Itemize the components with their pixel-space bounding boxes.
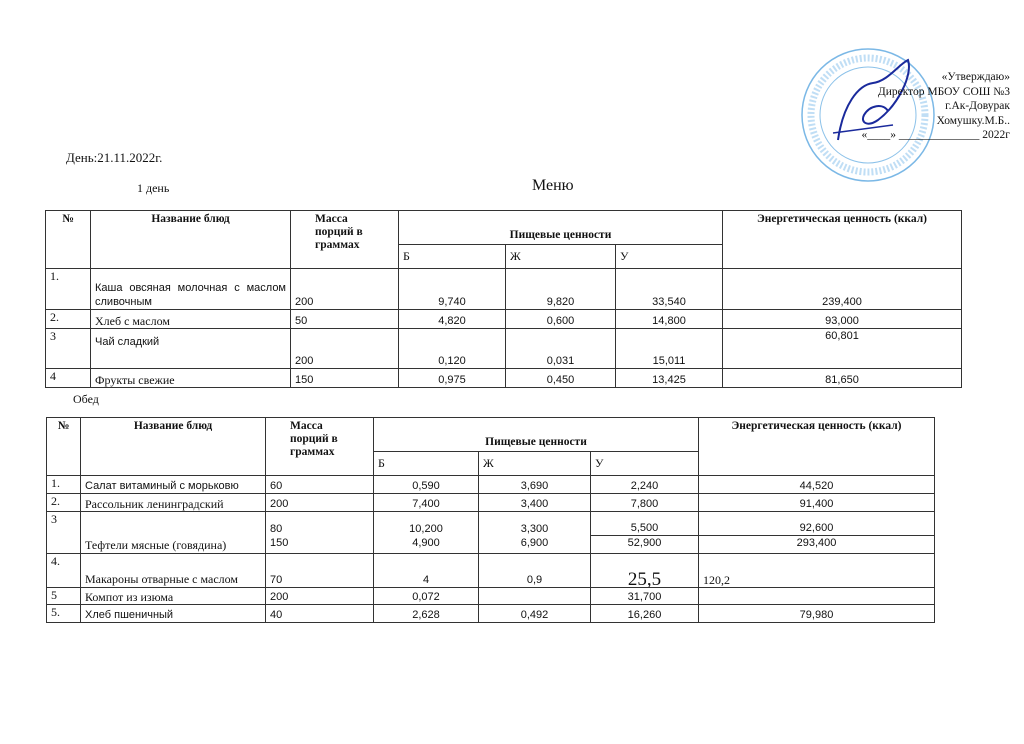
col-carbs-header: У (591, 452, 699, 476)
approval-line: «Утверждаю» (800, 70, 1010, 85)
protein-value: 0,120 (399, 329, 506, 369)
row-num: 2. (46, 310, 91, 329)
carbs-value: 14,800 (616, 310, 723, 329)
carbs-value: 13,425 (616, 369, 723, 388)
dish-name: Фрукты свежие (91, 369, 291, 388)
energy-value: 120,2 (699, 554, 935, 588)
carbs-value: 15,011 (616, 329, 723, 369)
dish-mass: 150 (291, 369, 399, 388)
fat-value: 3,300 (479, 512, 591, 536)
dish-name: Рассольник ленинградский (81, 494, 266, 512)
energy-value: 44,520 (699, 476, 935, 494)
dish-mass: 40 (266, 605, 374, 623)
table-row: 3 Чай сладкий 200 0,120 0,031 15,011 60,… (46, 329, 962, 369)
row-num: 2. (47, 494, 81, 512)
dish-mass: 60 (266, 476, 374, 494)
approval-line: г.Ак-Довурак (800, 99, 1010, 114)
carbs-value: 31,700 (591, 588, 699, 605)
approval-line: Директор МБОУ СОШ №3 (800, 85, 1010, 100)
dish-name: Хлеб с маслом (91, 310, 291, 329)
dish-name: Макароны отварные с маслом (81, 554, 266, 588)
approval-line: «____» ______________ 2022г (800, 128, 1010, 143)
protein-value: 10,200 (374, 512, 479, 536)
row-num: 5. (47, 605, 81, 623)
fat-value: 0,450 (506, 369, 616, 388)
fat-value: 6,900 (479, 536, 591, 554)
fat-value: 0,600 (506, 310, 616, 329)
dish-mass: 200 (291, 329, 399, 369)
dish-name: Каша овсяная молочная с маслом сливочным (91, 269, 291, 310)
fat-value: 0,031 (506, 329, 616, 369)
fat-value: 3,690 (479, 476, 591, 494)
col-fat-header: Ж (479, 452, 591, 476)
breakfast-table: № Название блюд Масса порций в граммах П… (45, 210, 962, 388)
dish-mass: 80 (266, 512, 374, 536)
col-mass-header: Масса порций в граммах (266, 418, 374, 476)
col-mass-header: Масса порций в граммах (291, 211, 399, 269)
col-num-header: № (46, 211, 91, 269)
carbs-value: 2,240 (591, 476, 699, 494)
row-num: 4 (46, 369, 91, 388)
lunch-label: Обед (73, 392, 99, 407)
protein-value: 4,820 (399, 310, 506, 329)
protein-value: 0,975 (399, 369, 506, 388)
table-row: 5. Хлеб пшеничный 40 2,628 0,492 16,260 … (47, 605, 935, 623)
approval-block: «Утверждаю» Директор МБОУ СОШ №3 г.Ак-До… (800, 70, 1010, 143)
col-carbs-header: У (616, 245, 723, 269)
energy-value: 92,600 (699, 512, 935, 536)
dish-name: Компот из изюма (81, 588, 266, 605)
dish-mass: 50 (291, 310, 399, 329)
col-nutrition-header: Пищевые ценности (374, 418, 699, 452)
row-num: 3 (46, 329, 91, 369)
dish-name: Чай сладкий (91, 329, 291, 369)
fat-value (479, 588, 591, 605)
carbs-value: 25,5 (591, 554, 699, 588)
row-num: 4. (47, 554, 81, 588)
col-num-header: № (47, 418, 81, 476)
energy-value: 60,801 (723, 329, 962, 369)
energy-value (699, 588, 935, 605)
table-row: 2. Рассольник ленинградский 200 7,400 3,… (47, 494, 935, 512)
dish-name: Тефтели мясные (говядина) (81, 512, 266, 554)
table-row: 4. Макароны отварные с маслом 70 4 0,9 2… (47, 554, 935, 588)
dish-mass: 150 (266, 536, 374, 554)
protein-value: 7,400 (374, 494, 479, 512)
col-name-header: Название блюд (81, 418, 266, 476)
protein-value: 0,072 (374, 588, 479, 605)
lunch-table: № Название блюд Масса порций в граммах П… (46, 417, 935, 623)
day-label: 1 день (137, 181, 169, 196)
row-num: 1. (46, 269, 91, 310)
row-num: 5 (47, 588, 81, 605)
table-row: 1. Каша овсяная молочная с маслом сливоч… (46, 269, 962, 310)
col-protein-header: Б (399, 245, 506, 269)
protein-value: 9,740 (399, 269, 506, 310)
page-title: Меню (532, 177, 574, 195)
energy-value: 239,400 (723, 269, 962, 310)
table-row: 4 Фрукты свежие 150 0,975 0,450 13,425 8… (46, 369, 962, 388)
energy-value: 91,400 (699, 494, 935, 512)
protein-value: 2,628 (374, 605, 479, 623)
fat-value: 3,400 (479, 494, 591, 512)
dish-mass: 200 (266, 588, 374, 605)
fat-value: 0,492 (479, 605, 591, 623)
carbs-value: 52,900 (591, 536, 699, 554)
fat-value: 0,9 (479, 554, 591, 588)
protein-value: 4,900 (374, 536, 479, 554)
carbs-value: 7,800 (591, 494, 699, 512)
carbs-value: 33,540 (616, 269, 723, 310)
table-row: 3 Тефтели мясные (говядина) 80 10,200 3,… (47, 512, 935, 536)
protein-value: 0,590 (374, 476, 479, 494)
dish-mass: 200 (266, 494, 374, 512)
col-fat-header: Ж (506, 245, 616, 269)
row-num: 1. (47, 476, 81, 494)
menu-date: День:21.11.2022г. (66, 150, 162, 166)
approval-line: Хомушку.М.Б.. (800, 114, 1010, 129)
energy-value: 293,400 (699, 536, 935, 554)
table-row: 1. Салат витаминый с морьковю 60 0,590 3… (47, 476, 935, 494)
col-name-header: Название блюд (91, 211, 291, 269)
col-protein-header: Б (374, 452, 479, 476)
carbs-value: 16,260 (591, 605, 699, 623)
dish-name: Хлеб пшеничный (81, 605, 266, 623)
table-row: 2. Хлеб с маслом 50 4,820 0,600 14,800 9… (46, 310, 962, 329)
energy-value: 81,650 (723, 369, 962, 388)
fat-value: 9,820 (506, 269, 616, 310)
dish-mass: 200 (291, 269, 399, 310)
energy-value: 79,980 (699, 605, 935, 623)
carbs-value: 5,500 (591, 512, 699, 536)
col-energy-header: Энергетическая ценность (ккал) (699, 418, 935, 476)
col-nutrition-header: Пищевые ценности (399, 211, 723, 245)
energy-value: 93,000 (723, 310, 962, 329)
col-energy-header: Энергетическая ценность (ккал) (723, 211, 962, 269)
protein-value: 4 (374, 554, 479, 588)
dish-name: Салат витаминый с морьковю (81, 476, 266, 494)
table-row: 5 Компот из изюма 200 0,072 31,700 (47, 588, 935, 605)
row-num: 3 (47, 512, 81, 554)
dish-mass: 70 (266, 554, 374, 588)
